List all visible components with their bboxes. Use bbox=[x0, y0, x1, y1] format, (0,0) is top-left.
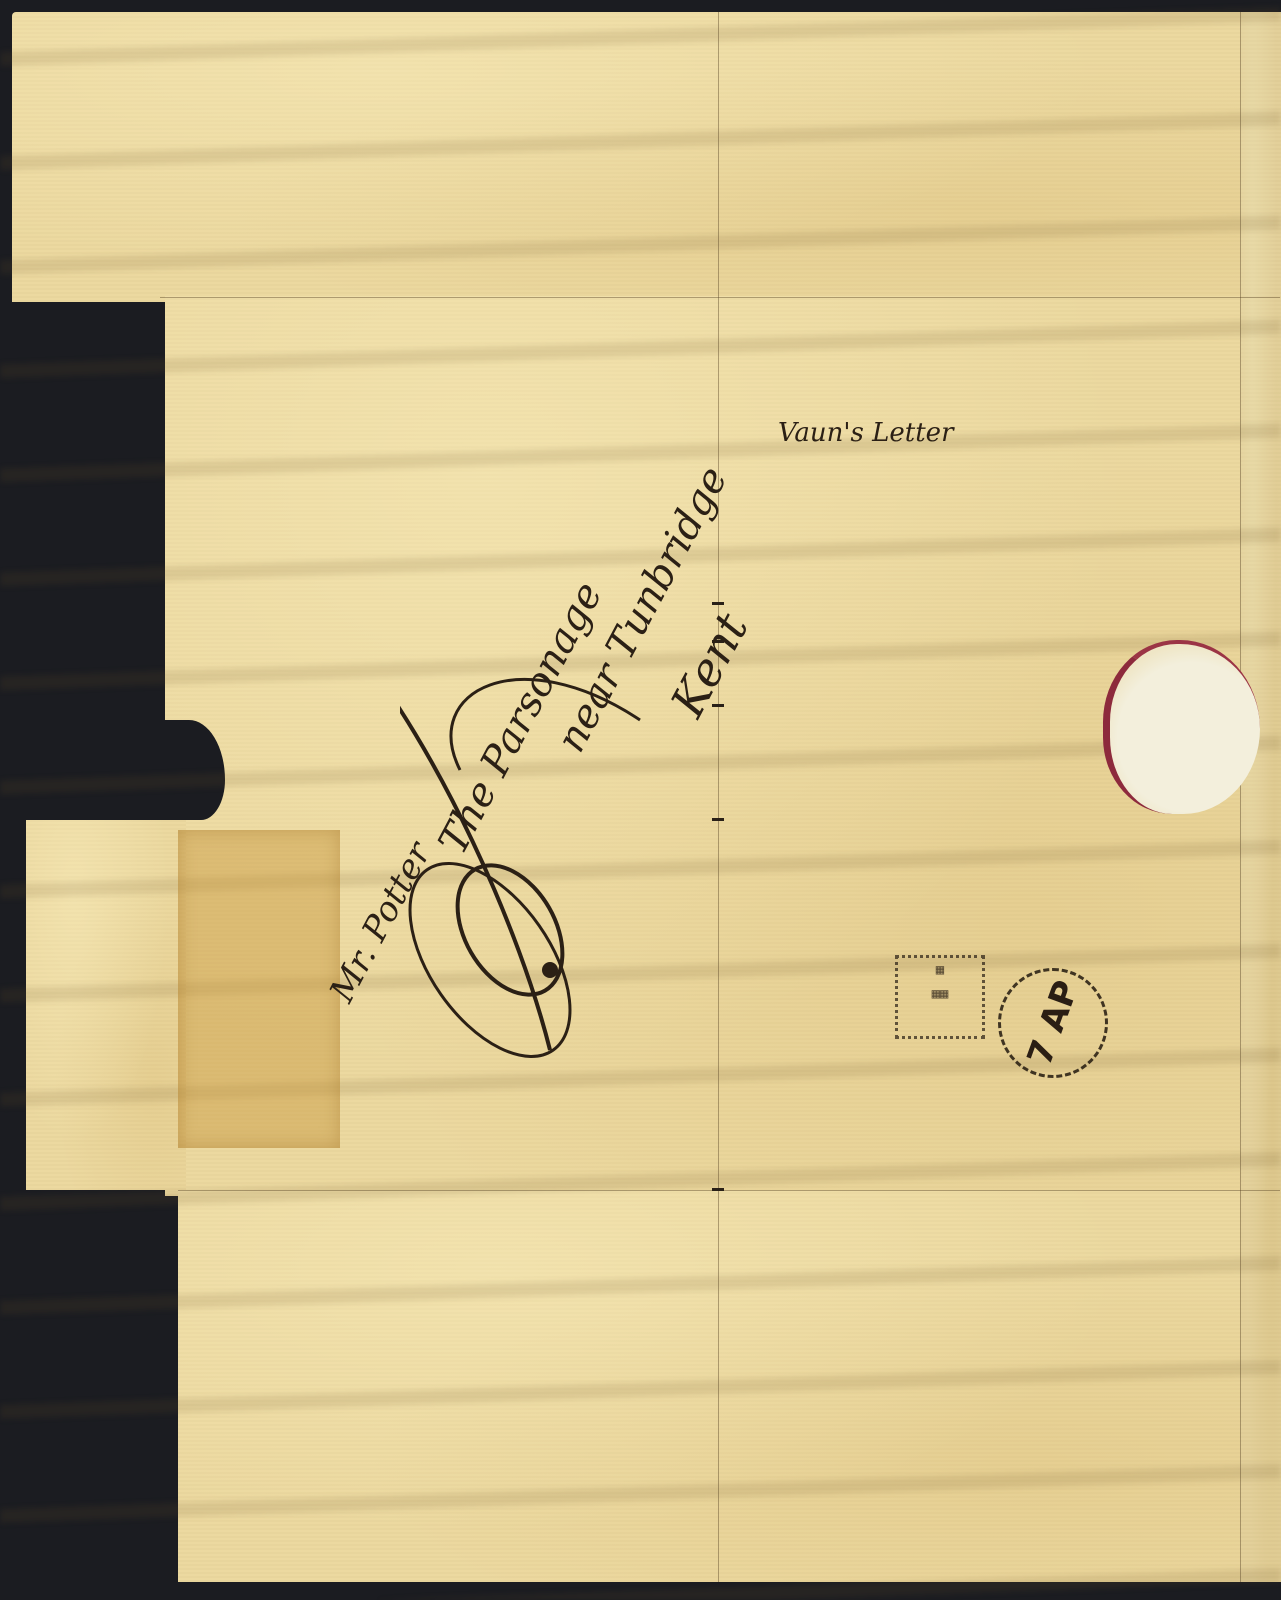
tape-stain bbox=[178, 830, 340, 1148]
annotation-note: Vaun's Letter bbox=[778, 418, 954, 448]
horizontal-fold-top bbox=[160, 297, 1280, 298]
fold-nick bbox=[712, 818, 724, 821]
horizontal-fold-bottom bbox=[178, 1190, 1280, 1191]
paper-right-strip bbox=[1240, 12, 1281, 1582]
fold-nick bbox=[712, 602, 724, 605]
letter-scan: Vaun's Letter Mr. Potter The Parsonage n… bbox=[0, 0, 1281, 1600]
signature-flourish-icon bbox=[400, 630, 660, 1090]
fold-nick bbox=[712, 1188, 724, 1191]
vertical-fold-center bbox=[718, 12, 719, 1582]
wax-seal bbox=[1103, 640, 1260, 814]
paper-top-flap bbox=[12, 12, 1240, 302]
vertical-fold-right bbox=[1240, 12, 1241, 1582]
framed-postmark: framed postal stamp▦▦▦ bbox=[895, 955, 985, 1039]
paper-left-side-flap bbox=[26, 820, 186, 1190]
circular-date-postmark: 7 AP bbox=[998, 968, 1108, 1078]
paper-bottom-panel bbox=[178, 1190, 1240, 1582]
